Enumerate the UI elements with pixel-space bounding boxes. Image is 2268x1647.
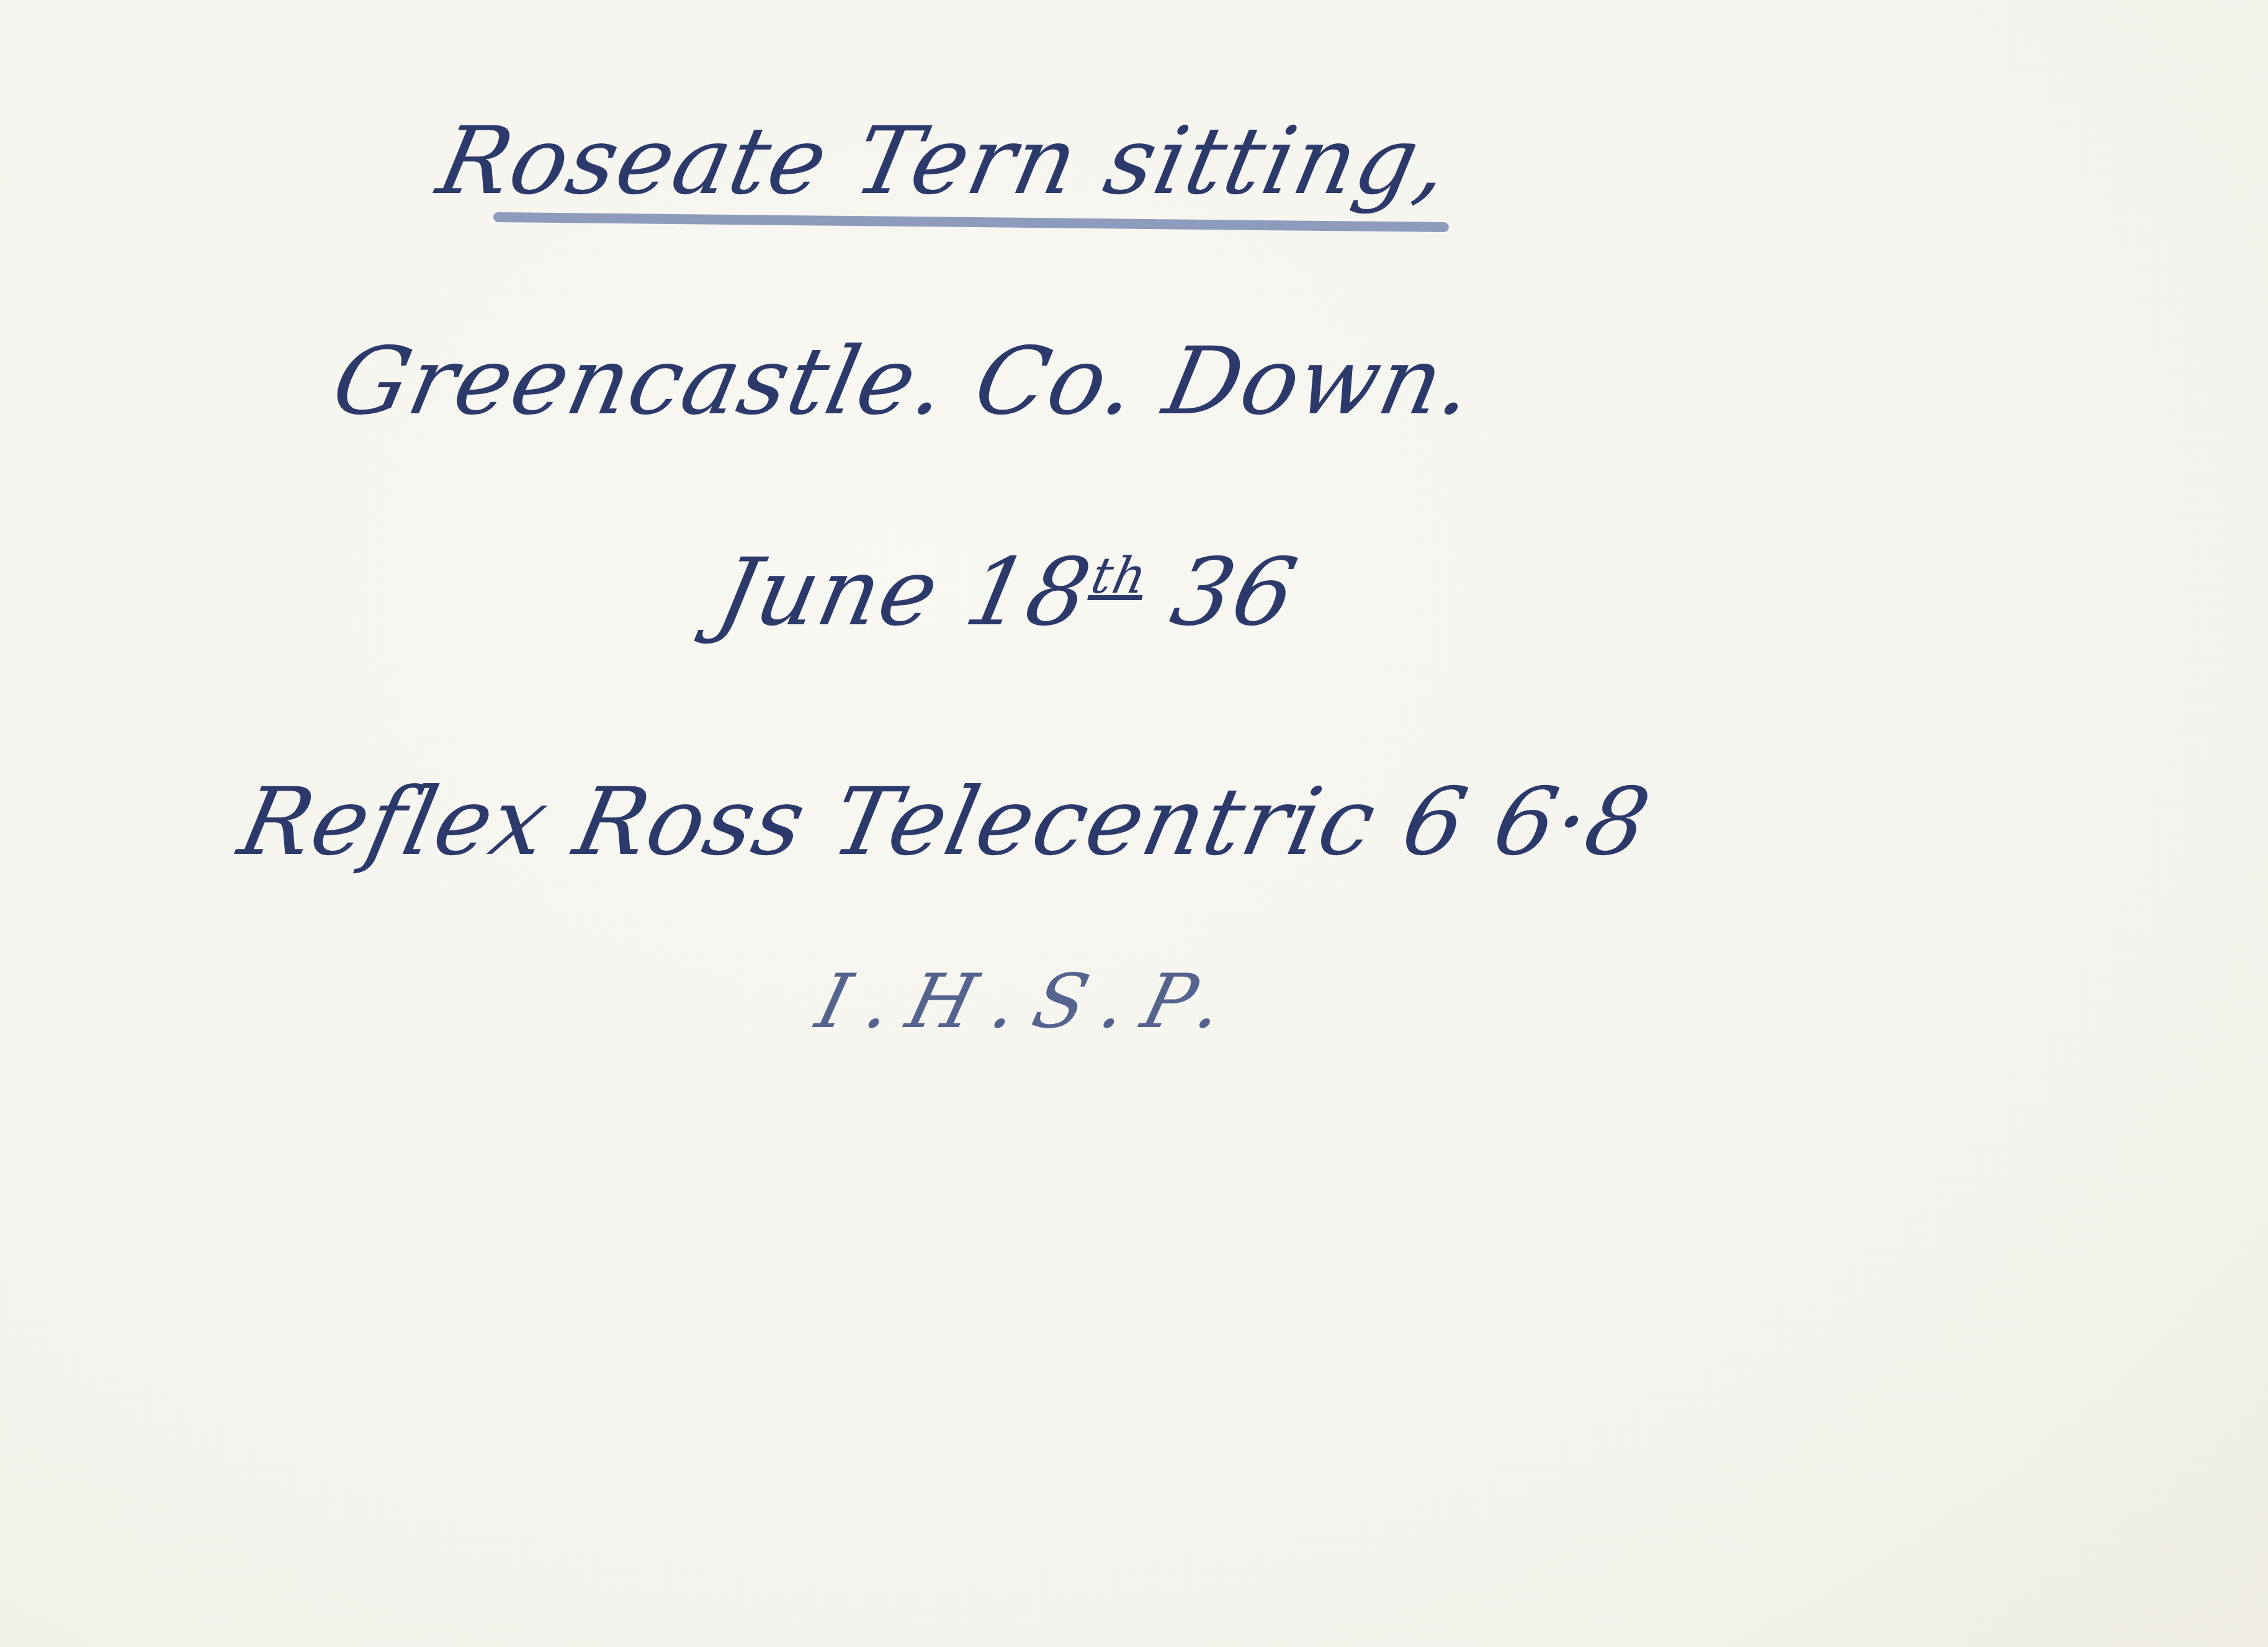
caption-initials: I.H.S.P. (810, 965, 1250, 1039)
caption-camera: Reflex Ross Telecentric 6 6·8 (232, 776, 1658, 869)
photo-card-back: Roseate Tern sitting, Greencastle. Co. D… (0, 0, 2268, 1647)
caption-title: Roseate Tern sitting, (431, 115, 1458, 208)
date-year: 36 (1132, 539, 1307, 647)
caption-date: June 18th 36 (710, 546, 1305, 639)
date-day: June 18 (709, 539, 1101, 647)
caption-location: Greencastle. Co. Down. (325, 335, 1482, 428)
